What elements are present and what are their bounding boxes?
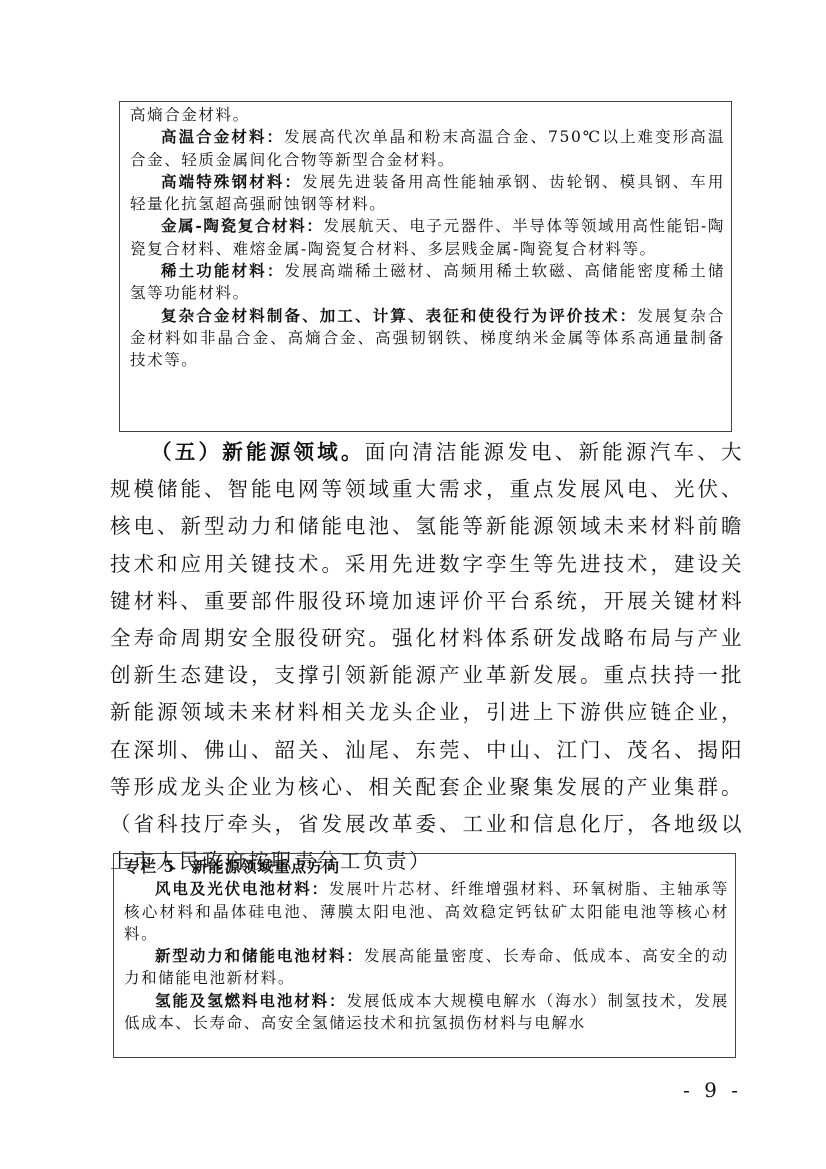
item-term: 氢能及氢燃料电池材料： — [155, 991, 346, 1010]
box-title: 专栏 5 新能源领域重点方向 — [124, 856, 729, 878]
section-heading: （五）新能源领域。 — [151, 440, 365, 464]
box-item-battery: 新型动力和储能电池材料：发展高能量密度、长寿命、低成本、高安全的动力和储能电池新… — [124, 945, 729, 990]
box-item-complex-alloy: 复杂合金材料制备、加工、计算、表征和使役行为评价技术：发展复杂合金材料如非晶合金… — [130, 305, 725, 372]
item-term: 金属-陶瓷复合材料： — [161, 216, 324, 235]
box-item-hydrogen: 氢能及氢燃料电池材料：发展低成本大规模电解水（海水）制氢技术，发展低成本、长寿命… — [124, 990, 729, 1035]
item-term: 稀土功能材料： — [161, 261, 285, 280]
section-body: 面向清洁能源发电、新能源汽车、大规模储能、智能电网等领域重大需求，重点发展风电、… — [110, 440, 744, 873]
section-paragraph-new-energy: （五）新能源领域。面向清洁能源发电、新能源汽车、大规模储能、智能电网等领域重大需… — [110, 434, 744, 880]
item-term: 复杂合金材料制备、加工、计算、表征和使役行为评价技术： — [161, 306, 637, 325]
item-term: 风电及光伏电池材料： — [155, 879, 329, 898]
column-box-new-energy: 专栏 5 新能源领域重点方向 风电及光伏电池材料：发展叶片芯材、纤维增强材料、环… — [113, 853, 736, 1058]
box-item-special-steel: 高端特殊钢材料：发展先进装备用高性能轴承钢、齿轮钢、模具钢、车用轻量化抗氢超高强… — [130, 171, 725, 216]
item-term: 新型动力和储能电池材料： — [155, 946, 364, 965]
column-box-alloy-materials: 高熵合金材料。 高温合金材料：发展高代次单晶和粉末高温合金、750℃以上难变形高… — [119, 101, 732, 432]
page-number: - 9 - — [683, 1078, 742, 1102]
box-lead-text: 高熵合金材料。 — [130, 104, 725, 126]
box-item-metal-ceramic: 金属-陶瓷复合材料：发展航天、电子元器件、半导体等领域用高性能铝-陶瓷复合材料、… — [130, 215, 725, 260]
item-term: 高温合金材料： — [161, 127, 284, 146]
item-term: 高端特殊钢材料： — [161, 172, 302, 191]
box-item-superalloy: 高温合金材料：发展高代次单晶和粉末高温合金、750℃以上难变形高温合金、轻质金属… — [130, 126, 725, 171]
box-item-wind-solar: 风电及光伏电池材料：发展叶片芯材、纤维增强材料、环氧树脂、主轴承等核心材料和晶体… — [124, 878, 729, 945]
box-item-rare-earth: 稀土功能材料：发展高端稀土磁材、高频用稀土软磁、高储能密度稀土储氢等功能材料。 — [130, 260, 725, 305]
